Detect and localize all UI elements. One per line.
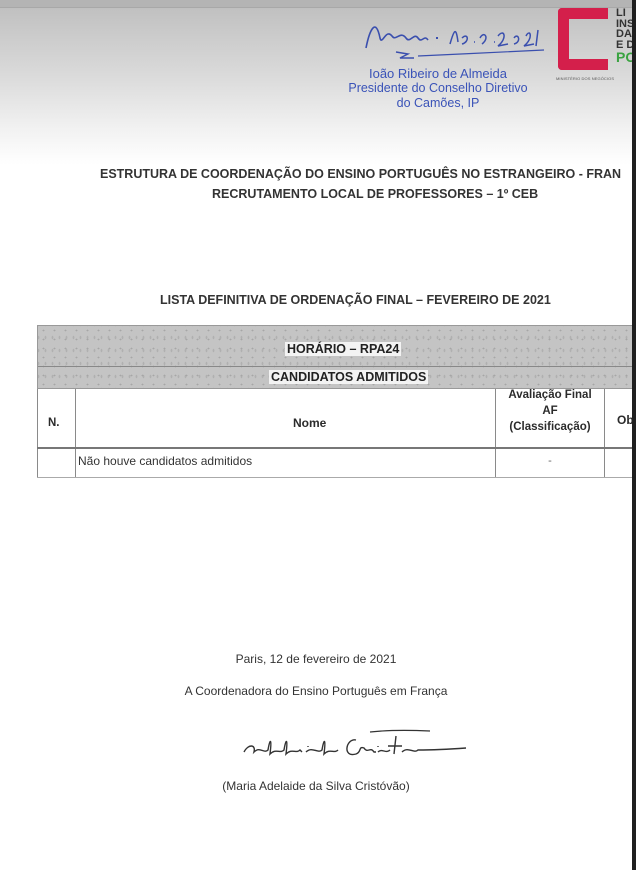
coordinator-signature	[238, 724, 498, 766]
coordinator-role: A Coordenadora do Ensino Português em Fr…	[0, 684, 632, 698]
af-line3: (Classificação)	[495, 419, 605, 435]
col-divider	[75, 389, 76, 477]
camoes-logo: LI INS DA E D PO MINISTÉRIO DOS NEGÓCIOS	[556, 6, 632, 86]
af-line1: Avaliação Final	[495, 387, 605, 403]
president-block: Ioão Ribeiro de Almeida Presidente do Co…	[338, 66, 538, 111]
af-line2: AF	[495, 403, 605, 419]
band-divider	[38, 366, 636, 367]
scan-right-edge	[632, 0, 636, 870]
candidates-table: HORÁRIO – RPA24 CANDIDATOS ADMITIDOS N. …	[37, 325, 636, 484]
logo-ministry: MINISTÉRIO DOS NEGÓCIOS	[556, 76, 614, 81]
table-cell-af: -	[495, 455, 605, 467]
scan-top-edge	[0, 0, 632, 8]
table-row: Não houve candidatos admitidos	[78, 454, 252, 468]
schedule-label: HORÁRIO – RPA24	[285, 342, 401, 356]
document-title-line1: ESTRUTURA DE COORDENAÇÃO DO ENSINO PORTU…	[100, 167, 621, 181]
president-name: Ioão Ribeiro de Almeida	[338, 66, 538, 81]
header-row-divider	[37, 447, 636, 449]
table-body: N. Nome Avaliação Final AF (Classificaçã…	[37, 389, 636, 484]
column-header-n: N.	[48, 417, 60, 429]
document-page: Ioão Ribeiro de Almeida Presidente do Co…	[0, 0, 632, 870]
table-header-band: HORÁRIO – RPA24 CANDIDATOS ADMITIDOS	[37, 325, 636, 389]
col-divider	[37, 389, 38, 477]
section-label: CANDIDATOS ADMITIDOS	[269, 370, 428, 384]
document-title-line2: RECRUTAMENTO LOCAL DE PROFESSORES – 1º C…	[212, 187, 538, 201]
president-signature	[358, 8, 548, 66]
column-header-af: Avaliação Final AF (Classificação)	[495, 387, 605, 435]
place-date: Paris, 12 de fevereiro de 2021	[0, 652, 632, 666]
logo-c-shape	[558, 8, 608, 70]
column-header-nome: Nome	[293, 416, 326, 430]
row-divider	[37, 477, 636, 478]
coordinator-name: (Maria Adelaide da Silva Cristóvão)	[0, 779, 632, 793]
president-title: Presidente do Conselho Diretivo	[338, 81, 538, 96]
president-institution: do Camões, IP	[338, 96, 538, 111]
list-title: LISTA DEFINITIVA DE ORDENAÇÃO FINAL – FE…	[160, 293, 551, 307]
